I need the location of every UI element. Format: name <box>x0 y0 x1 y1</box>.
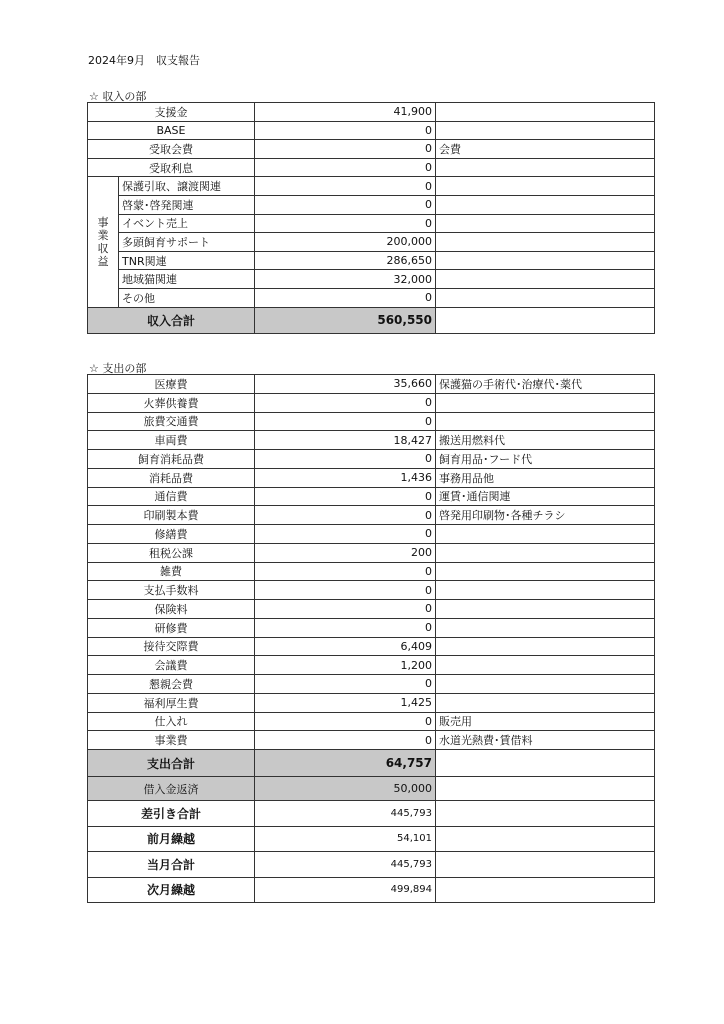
row-label: 旅費交通費 <box>88 412 255 431</box>
summary-note <box>436 877 655 903</box>
summary-amount: 499,894 <box>255 877 436 903</box>
summary-row-prev-carryover: 前月繰越 54,101 <box>88 826 655 852</box>
row-label: BASE <box>88 121 255 140</box>
row-note <box>436 412 655 431</box>
row-amount: 0 <box>255 618 436 637</box>
row-label: 事業費 <box>88 731 255 750</box>
row-amount: 32,000 <box>255 270 436 289</box>
row-note <box>436 288 655 307</box>
row-note: 搬送用燃料代 <box>436 431 655 450</box>
row-amount: 0 <box>255 506 436 525</box>
summary-note <box>436 801 655 827</box>
row-label: 地域猫関連 <box>119 270 255 289</box>
table-row: 啓蒙･啓発関連 0 <box>88 195 655 214</box>
row-note <box>436 618 655 637</box>
expense-total-amount: 64,757 <box>255 750 436 777</box>
row-label: 支払手数料 <box>88 581 255 600</box>
row-note: 販売用 <box>436 712 655 731</box>
row-amount: 41,900 <box>255 103 436 122</box>
table-row: 受取利息 0 <box>88 158 655 177</box>
row-note <box>436 233 655 252</box>
row-label: 多頭飼育サポート <box>119 233 255 252</box>
row-amount: 0 <box>255 675 436 694</box>
table-row: 通信費0運賃･通信関連 <box>88 487 655 506</box>
row-note <box>436 581 655 600</box>
table-row: 会議費1,200 <box>88 656 655 675</box>
table-row: 飼育消耗品費0飼育用品･フード代 <box>88 450 655 469</box>
row-note <box>436 195 655 214</box>
table-row: 支援金 41,900 <box>88 103 655 122</box>
loan-repayment-label: 借入金返済 <box>88 777 255 801</box>
table-row: 消耗品費1,436事務用品他 <box>88 468 655 487</box>
row-note <box>436 214 655 233</box>
expense-total-label: 支出合計 <box>88 750 255 777</box>
table-row: TNR関連 286,650 <box>88 251 655 270</box>
table-row: 懇親会費0 <box>88 675 655 694</box>
income-total-note <box>436 307 655 333</box>
table-row: 多頭飼育サポート 200,000 <box>88 233 655 252</box>
row-label: 飼育消耗品費 <box>88 450 255 469</box>
row-label: 接待交際費 <box>88 637 255 656</box>
table-row: 保険料0 <box>88 600 655 619</box>
row-amount: 18,427 <box>255 431 436 450</box>
summary-amount: 445,793 <box>255 801 436 827</box>
row-amount: 1,436 <box>255 468 436 487</box>
row-note: 啓発用印刷物･各種チラシ <box>436 506 655 525</box>
table-row: 車両費18,427搬送用燃料代 <box>88 431 655 450</box>
row-label: イベント売上 <box>119 214 255 233</box>
table-row: 租税公課200 <box>88 543 655 562</box>
table-row: イベント売上 0 <box>88 214 655 233</box>
table-row: 旅費交通費0 <box>88 412 655 431</box>
expense-total-note <box>436 750 655 777</box>
row-amount: 0 <box>255 412 436 431</box>
row-amount: 0 <box>255 195 436 214</box>
table-row: 事業費0水道光熱費･賃借料 <box>88 731 655 750</box>
row-label: 車両費 <box>88 431 255 450</box>
table-row: 雑費0 <box>88 562 655 581</box>
row-note <box>436 270 655 289</box>
row-note: 保護猫の手術代･治療代･薬代 <box>436 375 655 394</box>
business-income-group-label: 事 業 収 益 <box>88 177 119 307</box>
row-amount: 0 <box>255 177 436 196</box>
summary-amount: 54,101 <box>255 826 436 852</box>
summary-amount: 445,793 <box>255 852 436 878</box>
row-label: 医療費 <box>88 375 255 394</box>
row-label: 印刷製本費 <box>88 506 255 525</box>
report-title: 2024年9月 収支報告 <box>88 52 200 68</box>
row-amount: 0 <box>255 450 436 469</box>
loan-repayment-row: 借入金返済 50,000 <box>88 777 655 801</box>
row-amount: 0 <box>255 731 436 750</box>
row-note: 事務用品他 <box>436 468 655 487</box>
table-row: 医療費35,660保護猫の手術代･治療代･薬代 <box>88 375 655 394</box>
row-amount: 0 <box>255 525 436 544</box>
row-note <box>436 251 655 270</box>
row-amount: 200,000 <box>255 233 436 252</box>
row-label: その他 <box>119 288 255 307</box>
row-note: 飼育用品･フード代 <box>436 450 655 469</box>
table-row: 支払手数料0 <box>88 581 655 600</box>
row-label: 通信費 <box>88 487 255 506</box>
row-label: 福利厚生費 <box>88 693 255 712</box>
row-note <box>436 656 655 675</box>
row-note: 会費 <box>436 140 655 159</box>
row-note <box>436 393 655 412</box>
row-note <box>436 562 655 581</box>
row-label: 受取会費 <box>88 140 255 159</box>
row-amount: 1,200 <box>255 656 436 675</box>
row-label: 仕入れ <box>88 712 255 731</box>
row-note <box>436 543 655 562</box>
row-note <box>436 103 655 122</box>
income-total-row: 収入合計 560,550 <box>88 307 655 333</box>
row-amount: 0 <box>255 140 436 159</box>
row-label: 啓蒙･啓発関連 <box>119 195 255 214</box>
row-note: 運賃･通信関連 <box>436 487 655 506</box>
row-label: 消耗品費 <box>88 468 255 487</box>
row-note <box>436 158 655 177</box>
row-amount: 0 <box>255 158 436 177</box>
row-label: 支援金 <box>88 103 255 122</box>
row-label: 租税公課 <box>88 543 255 562</box>
loan-repayment-note <box>436 777 655 801</box>
business-income-group-text: 事 業 収 益 <box>98 216 109 269</box>
row-amount: 0 <box>255 121 436 140</box>
loan-repayment-amount: 50,000 <box>255 777 436 801</box>
income-total-label: 収入合計 <box>88 307 255 333</box>
row-note <box>436 525 655 544</box>
row-note <box>436 121 655 140</box>
row-amount: 286,650 <box>255 251 436 270</box>
row-amount: 200 <box>255 543 436 562</box>
summary-row-net: 差引き合計 445,793 <box>88 801 655 827</box>
row-note <box>436 693 655 712</box>
table-row: 事 業 収 益 保護引取、譲渡関連 0 <box>88 177 655 196</box>
row-amount: 1,425 <box>255 693 436 712</box>
summary-label: 前月繰越 <box>88 826 255 852</box>
table-row: 受取会費 0 会費 <box>88 140 655 159</box>
row-label: 懇親会費 <box>88 675 255 694</box>
row-amount: 0 <box>255 581 436 600</box>
row-label: TNR関連 <box>119 251 255 270</box>
table-row: 修繕費0 <box>88 525 655 544</box>
row-label: 火葬供養費 <box>88 393 255 412</box>
row-label: 保険料 <box>88 600 255 619</box>
income-total-amount: 560,550 <box>255 307 436 333</box>
table-row: 印刷製本費0啓発用印刷物･各種チラシ <box>88 506 655 525</box>
table-row: その他 0 <box>88 288 655 307</box>
row-amount: 0 <box>255 487 436 506</box>
row-amount: 0 <box>255 562 436 581</box>
expense-total-row: 支出合計 64,757 <box>88 750 655 777</box>
summary-note <box>436 852 655 878</box>
row-amount: 6,409 <box>255 637 436 656</box>
row-label: 研修費 <box>88 618 255 637</box>
row-note: 水道光熱費･賃借料 <box>436 731 655 750</box>
summary-label: 当月合計 <box>88 852 255 878</box>
row-amount: 0 <box>255 712 436 731</box>
table-row: 福利厚生費1,425 <box>88 693 655 712</box>
income-table: 支援金 41,900 BASE 0 受取会費 0 会費 受取利息 0 事 業 収… <box>87 102 655 334</box>
row-note <box>436 600 655 619</box>
row-note <box>436 675 655 694</box>
row-amount: 0 <box>255 214 436 233</box>
summary-label: 次月繰越 <box>88 877 255 903</box>
table-row: 火葬供養費0 <box>88 393 655 412</box>
row-amount: 35,660 <box>255 375 436 394</box>
row-amount: 0 <box>255 393 436 412</box>
row-label: 会議費 <box>88 656 255 675</box>
row-label: 受取利息 <box>88 158 255 177</box>
summary-note <box>436 826 655 852</box>
summary-row-month-total: 当月合計 445,793 <box>88 852 655 878</box>
row-note <box>436 637 655 656</box>
row-label: 雑費 <box>88 562 255 581</box>
table-row: 仕入れ0販売用 <box>88 712 655 731</box>
summary-row-next-carryover: 次月繰越 499,894 <box>88 877 655 903</box>
expense-table: 医療費35,660保護猫の手術代･治療代･薬代 火葬供養費0 旅費交通費0 車両… <box>87 374 655 903</box>
row-amount: 0 <box>255 600 436 619</box>
row-amount: 0 <box>255 288 436 307</box>
table-row: 研修費0 <box>88 618 655 637</box>
table-row: BASE 0 <box>88 121 655 140</box>
row-label: 保護引取、譲渡関連 <box>119 177 255 196</box>
row-label: 修繕費 <box>88 525 255 544</box>
table-row: 接待交際費6,409 <box>88 637 655 656</box>
table-row: 地域猫関連 32,000 <box>88 270 655 289</box>
summary-label: 差引き合計 <box>88 801 255 827</box>
row-note <box>436 177 655 196</box>
